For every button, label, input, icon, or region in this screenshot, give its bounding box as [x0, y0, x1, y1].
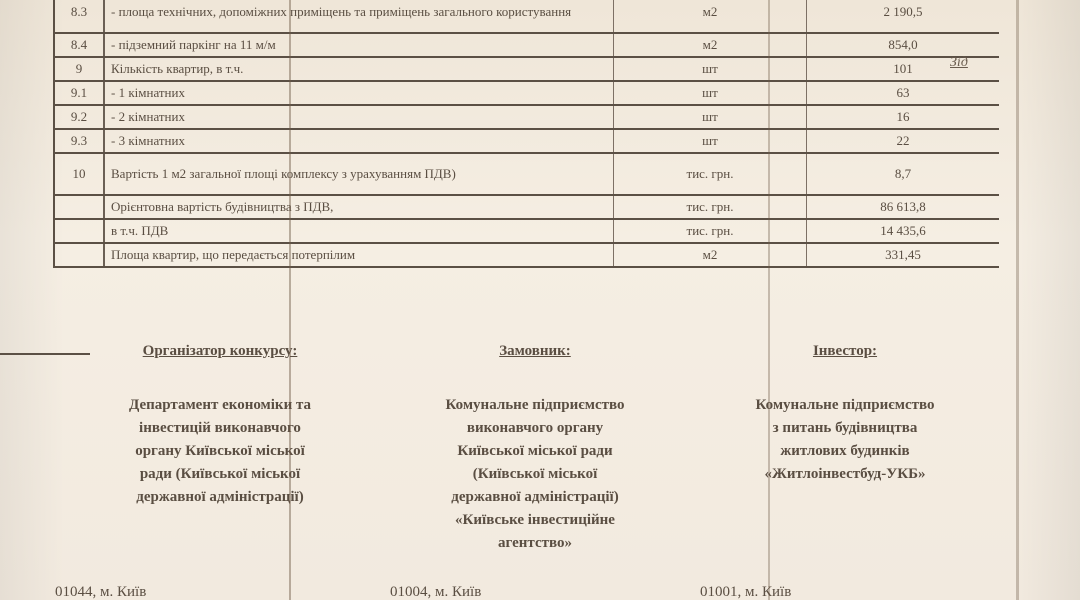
row-unit: шт — [614, 57, 807, 81]
row-value: 14 435,6 — [807, 219, 1000, 243]
row-unit: шт — [614, 81, 807, 105]
table-row: 8.3- площа технічних, допоміжних приміще… — [54, 0, 999, 33]
row-description: - площа технічних, допоміжних приміщень … — [104, 0, 614, 33]
table-row: 8.4- підземний паркінг на 11 м/мм2854,0 — [54, 33, 999, 57]
text-line: виконавчого органу — [375, 417, 695, 440]
row-value: 331,45 — [807, 243, 1000, 267]
paper-edge-line — [1016, 0, 1019, 600]
row-value: 2 190,5 — [807, 0, 1000, 33]
handwritten-initials: Зід — [950, 55, 968, 71]
table-row: 9Кількість квартир, в т.ч.шт101 — [54, 57, 999, 81]
table-row: 9.3- 3 кімнатнихшт22 — [54, 129, 999, 153]
investor-block: Інвестор: Комунальне підприємствоз питан… — [690, 340, 1000, 486]
row-unit: м2 — [614, 33, 807, 57]
text-line: Комунальне підприємство — [690, 394, 1000, 417]
row-value: 8,7 — [807, 153, 1000, 195]
row-description: Кількість квартир, в т.ч. — [104, 57, 614, 81]
text-line: ради (Київської міської — [55, 463, 385, 486]
row-number: 9.2 — [54, 105, 104, 129]
row-value: 63 — [807, 81, 1000, 105]
row-description: в т.ч. ПДВ — [104, 219, 614, 243]
text-line: інвестицій виконавчого — [55, 417, 385, 440]
row-description: - підземний паркінг на 11 м/м — [104, 33, 614, 57]
row-number — [54, 219, 104, 243]
table-row: 9.2- 2 кімнатнихшт16 — [54, 105, 999, 129]
row-unit: тис. грн. — [614, 153, 807, 195]
text-line: (Київської міської — [375, 463, 695, 486]
row-value: 16 — [807, 105, 1000, 129]
customer-heading: Замовник: — [375, 340, 695, 362]
row-description: - 1 кімнатних — [104, 81, 614, 105]
text-line: Київської міської ради — [375, 440, 695, 463]
row-number — [54, 243, 104, 267]
text-line: Департамент економіки та — [55, 394, 385, 417]
investor-heading: Інвестор: — [690, 340, 1000, 362]
organizer-name: Департамент економіки таінвестицій викон… — [55, 394, 385, 509]
text-line: житлових будинків — [690, 440, 1000, 463]
row-unit: м2 — [614, 0, 807, 33]
text-line: органу Київської міської — [55, 440, 385, 463]
table-row: Орієнтовна вартість будівництва з ПДВ,ти… — [54, 195, 999, 219]
table-row: 10Вартість 1 м2 загальної площі комплекс… — [54, 153, 999, 195]
text-line: державної адміністрації) — [55, 486, 385, 509]
row-number: 9.1 — [54, 81, 104, 105]
text-line: Комунальне підприємство — [375, 394, 695, 417]
row-number — [54, 195, 104, 219]
row-number: 9.3 — [54, 129, 104, 153]
table-row: в т.ч. ПДВтис. грн.14 435,6 — [54, 219, 999, 243]
row-number: 10 — [54, 153, 104, 195]
organizer-block: Організатор конкурсу: Департамент економ… — [55, 340, 385, 509]
row-value: 22 — [807, 129, 1000, 153]
row-unit: тис. грн. — [614, 195, 807, 219]
paper-fold-line — [768, 0, 770, 600]
customer-block: Замовник: Комунальне підприємствовиконав… — [375, 340, 695, 555]
row-description: Вартість 1 м2 загальної площі комплексу … — [104, 153, 614, 195]
row-unit: шт — [614, 105, 807, 129]
text-line: з питань будівництва — [690, 417, 1000, 440]
row-description: - 2 кімнатних — [104, 105, 614, 129]
row-description: - 3 кімнатних — [104, 129, 614, 153]
paper-fold-line — [289, 0, 291, 600]
row-value: 854,0 — [807, 33, 1000, 57]
investor-name: Комунальне підприємствоз питань будівниц… — [690, 394, 1000, 486]
row-number: 8.3 — [54, 0, 104, 33]
row-unit: шт — [614, 129, 807, 153]
text-line: агентство» — [375, 532, 695, 555]
investor-address: 01001, м. Київ — [700, 584, 791, 600]
customer-name: Комунальне підприємствовиконавчого орган… — [375, 394, 695, 555]
row-unit: тис. грн. — [614, 219, 807, 243]
row-number: 8.4 — [54, 33, 104, 57]
row-unit: м2 — [614, 243, 807, 267]
organizer-address: 01044, м. Київ — [55, 584, 146, 600]
customer-address: 01004, м. Київ — [390, 584, 481, 600]
row-description: Орієнтовна вартість будівництва з ПДВ, — [104, 195, 614, 219]
row-description: Площа квартир, що передається потерпілим — [104, 243, 614, 267]
table-row: 9.1- 1 кімнатнихшт63 — [54, 81, 999, 105]
row-value: 101 — [807, 57, 1000, 81]
table-row: Площа квартир, що передається потерпілим… — [54, 243, 999, 267]
text-line: «Київське інвестиційне — [375, 509, 695, 532]
text-line: «Житлоінвестбуд-УКБ» — [690, 463, 1000, 486]
organizer-heading: Організатор конкурсу: — [55, 340, 385, 362]
row-number: 9 — [54, 57, 104, 81]
row-value: 86 613,8 — [807, 195, 1000, 219]
specification-table: 8.3- площа технічних, допоміжних приміще… — [53, 0, 999, 268]
text-line: державної адміністрації) — [375, 486, 695, 509]
